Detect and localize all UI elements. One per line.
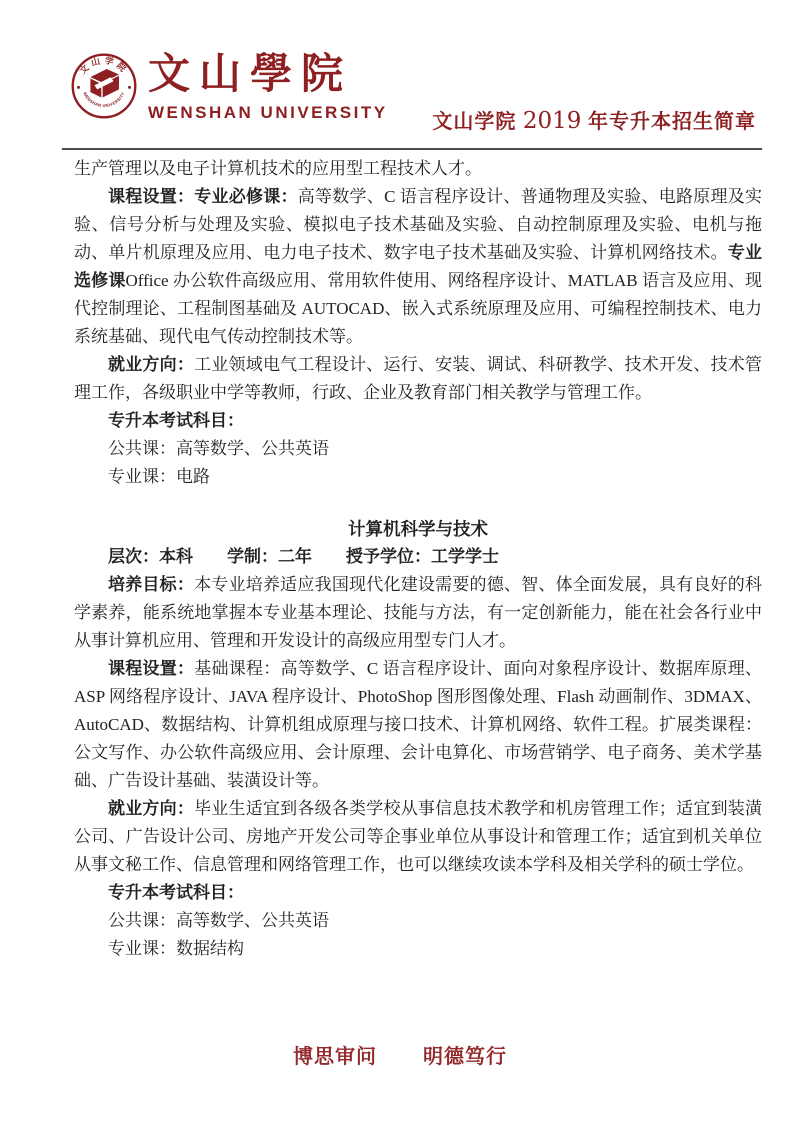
document-page: 文山学院 WENSHAN UNIVERSITY 文山學院 WENSHAN UNI… [0,0,800,1131]
section-heading: 计算机科学与技术 [74,515,762,543]
paragraph: 课程设置：基础课程：高等数学、C 语言程序设计、面向对象程序设计、数据库原理、A… [74,655,762,795]
paragraph-text: 专业课：数据结构 [108,939,244,958]
seal-emblem-icon [90,69,119,98]
paragraph-text: Office 办公软件高级应用、常用软件使用、网络程序设计、MATLAB 语言及… [74,271,762,346]
paragraph: 公共课：高等数学、公共英语 [74,435,762,463]
seal-left-dot-icon [77,86,80,89]
paragraph: 专业课：数据结构 [74,935,762,963]
paragraph-label: 就业方向： [108,355,194,374]
brand-name-english: WENSHAN UNIVERSITY [148,103,388,123]
paragraph-label: 课程设置：专业必修课： [108,187,298,206]
motto-left: 博思审问 [293,1040,377,1069]
paragraph: 专升本考试科目： [74,879,762,907]
paragraph-label: 层次：本科 学制：二年 授予学位：工学学士 [108,547,499,566]
document-title: 文山学院 2019 年专升本招生简章 [432,105,756,134]
document-body: 生产管理以及电子计算机技术的应用型工程技术人才。课程设置：专业必修课：高等数学、… [74,155,762,963]
paragraph: 生产管理以及电子计算机技术的应用型工程技术人才。 [74,155,762,183]
paragraph-label: 专升本考试科目： [108,883,244,902]
paragraph-label: 专升本考试科目： [108,411,244,430]
brand-block: 文山學院 WENSHAN UNIVERSITY [148,50,388,123]
document-title-post: 年专升本招生简章 [588,111,756,133]
document-title-pre: 文山学院 [432,111,516,133]
paragraph-label: 培养目标： [108,575,194,594]
brand-name-chinese: 文山學院 [148,50,388,98]
paragraph-text: 公共课：高等数学、公共英语 [108,911,329,930]
document-title-year: 2019 [523,108,582,134]
paragraph-label: 课程设置： [108,659,194,678]
paragraph: 专业课：电路 [74,463,762,491]
paragraph: 就业方向：毕业生适宜到各级各类学校从事信息技术教学和机房管理工作；适宜到装潢公司… [74,795,762,879]
paragraph: 课程设置：专业必修课：高等数学、C 语言程序设计、普通物理及实验、电路原理及实验… [74,183,762,351]
paragraph-label: 就业方向： [108,799,194,818]
paragraph: 就业方向：工业领域电气工程设计、运行、安装、调试、科研教学、技术开发、技术管理工… [74,351,762,407]
paragraph-text: 专业课：电路 [108,467,210,486]
paragraph: 专升本考试科目： [74,407,762,435]
paragraph: 公共课：高等数学、公共英语 [74,907,762,935]
paragraph-text: 公共课：高等数学、公共英语 [108,439,329,458]
seal-right-dot-icon [128,86,131,89]
header-divider [62,148,762,150]
footer-motto: 博思审问 明德笃行 [0,1040,800,1069]
paragraph-text: 生产管理以及电子计算机技术的应用型工程技术人才。 [74,159,482,178]
university-seal-icon: 文山学院 WENSHAN UNIVERSITY [70,52,138,120]
paragraph-text: 基础课程：高等数学、C 语言程序设计、面向对象程序设计、数据库原理、ASP 网络… [74,659,762,790]
paragraph: 层次：本科 学制：二年 授予学位：工学学士 [74,543,762,571]
motto-right: 明德笃行 [423,1040,507,1069]
paragraph: 培养目标：本专业培养适应我国现代化建设需要的德、智、体全面发展，具有良好的科学素… [74,571,762,655]
